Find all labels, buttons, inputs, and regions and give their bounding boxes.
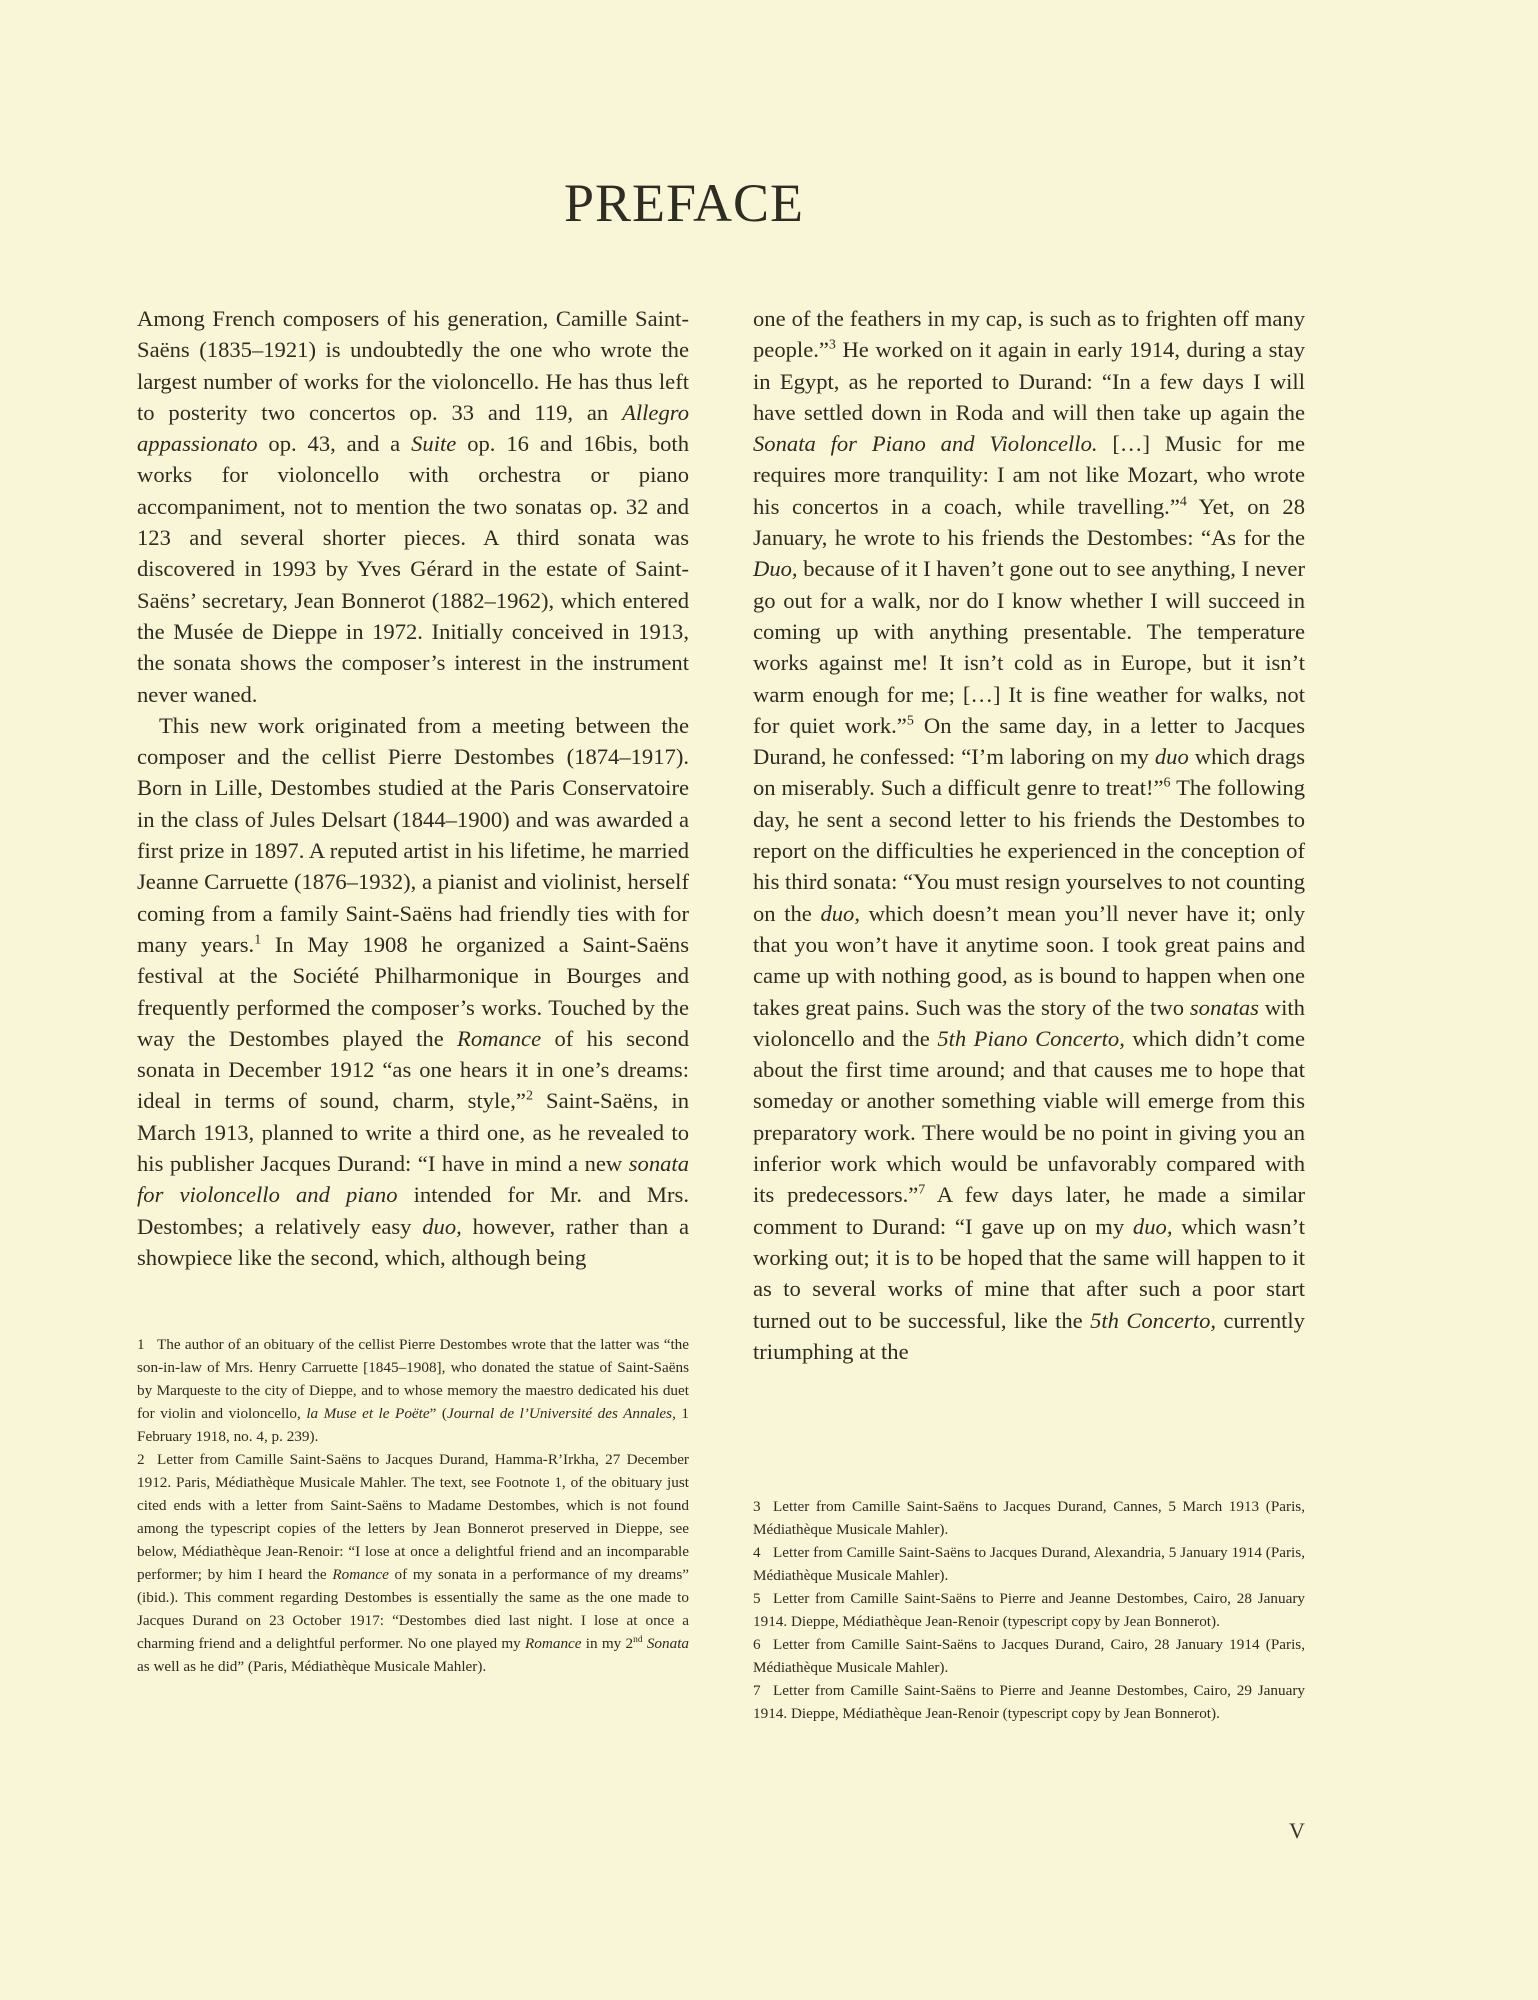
italic-text: Duo, (753, 556, 798, 581)
paragraph: one of the feathers in my cap, is such a… (753, 303, 1305, 1367)
footnotes-left: 1The author of an obituary of the cellis… (137, 1333, 689, 1678)
italic-text: Romance (457, 1026, 541, 1051)
footnote: 3Letter from Camille Saint-Saëns to Jacq… (753, 1495, 1305, 1541)
italic-text: duo (1155, 744, 1189, 769)
italic-text: la Muse et le Poëte (306, 1405, 429, 1422)
italic-text: sonata for violoncello and piano (137, 1151, 689, 1207)
footnote: 4Letter from Camille Saint-Saëns to Jacq… (753, 1541, 1305, 1587)
footnote-number: 5 (753, 1587, 773, 1610)
footnote-reference: 2 (526, 1089, 533, 1104)
footnote-number: 3 (753, 1495, 773, 1518)
footnote-number: 4 (753, 1541, 773, 1564)
footnote: 1The author of an obituary of the cellis… (137, 1333, 689, 1448)
italic-text: duo, (422, 1214, 462, 1239)
footnote-reference: 7 (918, 1183, 925, 1198)
italic-text: Journal de l’Université des Annales, (447, 1405, 676, 1422)
paragraph: Among French composers of his generation… (137, 303, 689, 710)
italic-text: Suite (411, 431, 456, 456)
italic-text: Romance (525, 1635, 582, 1652)
footnote-reference: 5 (907, 713, 914, 728)
footnote-number: 2 (137, 1448, 157, 1471)
italic-text: 5th Concerto, (1090, 1308, 1216, 1333)
footnote-reference: 1 (254, 932, 261, 947)
footnote-reference: 6 (1164, 776, 1171, 791)
footnote-reference: 4 (1180, 494, 1187, 509)
italic-text: duo, (1133, 1214, 1173, 1239)
italic-text: Romance (332, 1566, 389, 1583)
footnote: 5Letter from Camille Saint-Saëns to Pier… (753, 1587, 1305, 1633)
footnote: 7Letter from Camille Saint-Saëns to Pier… (753, 1679, 1305, 1725)
italic-text: 5th Piano Concerto, (937, 1026, 1125, 1051)
right-column: one of the feathers in my cap, is such a… (753, 303, 1305, 1367)
italic-text: Sonata (647, 1635, 689, 1652)
footnote-reference: 3 (829, 338, 836, 353)
footnote-reference: nd (633, 1635, 642, 1645)
paragraph: This new work originated from a meeting … (137, 710, 689, 1273)
left-column: Among French composers of his generation… (137, 303, 689, 1273)
footnotes-right: 3Letter from Camille Saint-Saëns to Jacq… (753, 1495, 1305, 1725)
italic-text: duo, (820, 901, 860, 926)
footnote-number: 1 (137, 1333, 157, 1356)
italic-text: sonatas (1190, 995, 1259, 1020)
page-number: V (1289, 1818, 1305, 1844)
footnote-number: 7 (753, 1679, 773, 1702)
footnote: 2Letter from Camille Saint-Saëns to Jacq… (137, 1448, 689, 1678)
footnote: 6Letter from Camille Saint-Saëns to Jacq… (753, 1633, 1305, 1679)
page-title: PREFACE (0, 172, 1368, 234)
italic-text: Sonata for Piano and Violoncello. (753, 431, 1098, 456)
footnote-number: 6 (753, 1633, 773, 1656)
